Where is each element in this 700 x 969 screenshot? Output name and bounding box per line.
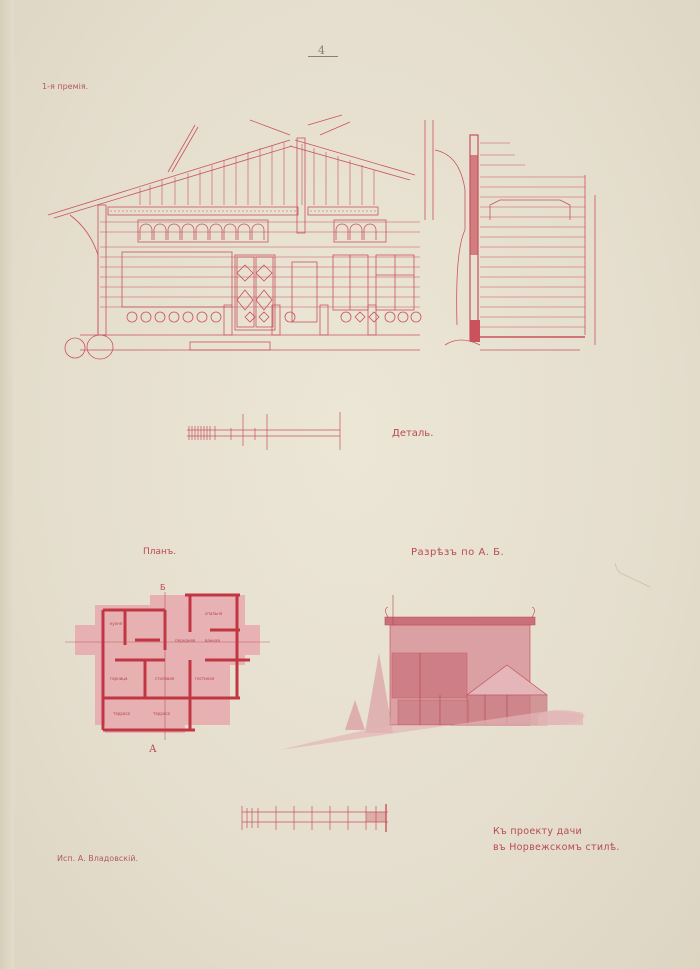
plate-caption: Къ проекту дачи въ Норвежскомъ стилѣ. — [493, 824, 620, 856]
facade-elevation — [40, 110, 440, 370]
page-binding-shadow — [0, 0, 14, 969]
svg-text:горница: горница — [110, 676, 128, 681]
wall-detail-section — [420, 115, 600, 355]
paper-crease — [610, 560, 660, 590]
svg-text:терраса: терраса — [113, 711, 131, 716]
svg-text:ванная: ванная — [205, 638, 220, 643]
section-label: Разрѣзъ по А. Б. — [411, 547, 504, 558]
page-number-rule — [308, 56, 338, 57]
svg-text:терраса: терраса — [153, 711, 171, 716]
section-a-b — [270, 585, 590, 760]
author-credit: Исп. А. Владовскій. — [57, 854, 138, 863]
prize-note: 1-я премія. — [42, 82, 88, 91]
document-page: 4 1-я премія. — [0, 0, 700, 969]
svg-text:гостиная: гостиная — [195, 676, 215, 681]
svg-text:кухня: кухня — [110, 621, 123, 626]
plan-label: Планъ. — [143, 547, 176, 557]
detail-scale-bar — [185, 412, 345, 452]
plan-scale-bar — [238, 800, 393, 835]
caption-line-1: Къ проекту дачи — [493, 824, 620, 840]
detail-label: Деталь. — [392, 428, 433, 439]
svg-text:спальня: спальня — [205, 611, 223, 616]
plan-marker-b: Б — [160, 583, 166, 592]
floor-plan: кухня передняя спальня ванная горница ст… — [65, 580, 270, 760]
plan-marker-a: А — [149, 744, 157, 755]
caption-line-2: въ Норвежскомъ стилѣ. — [493, 840, 620, 856]
svg-text:передняя: передняя — [175, 638, 196, 643]
